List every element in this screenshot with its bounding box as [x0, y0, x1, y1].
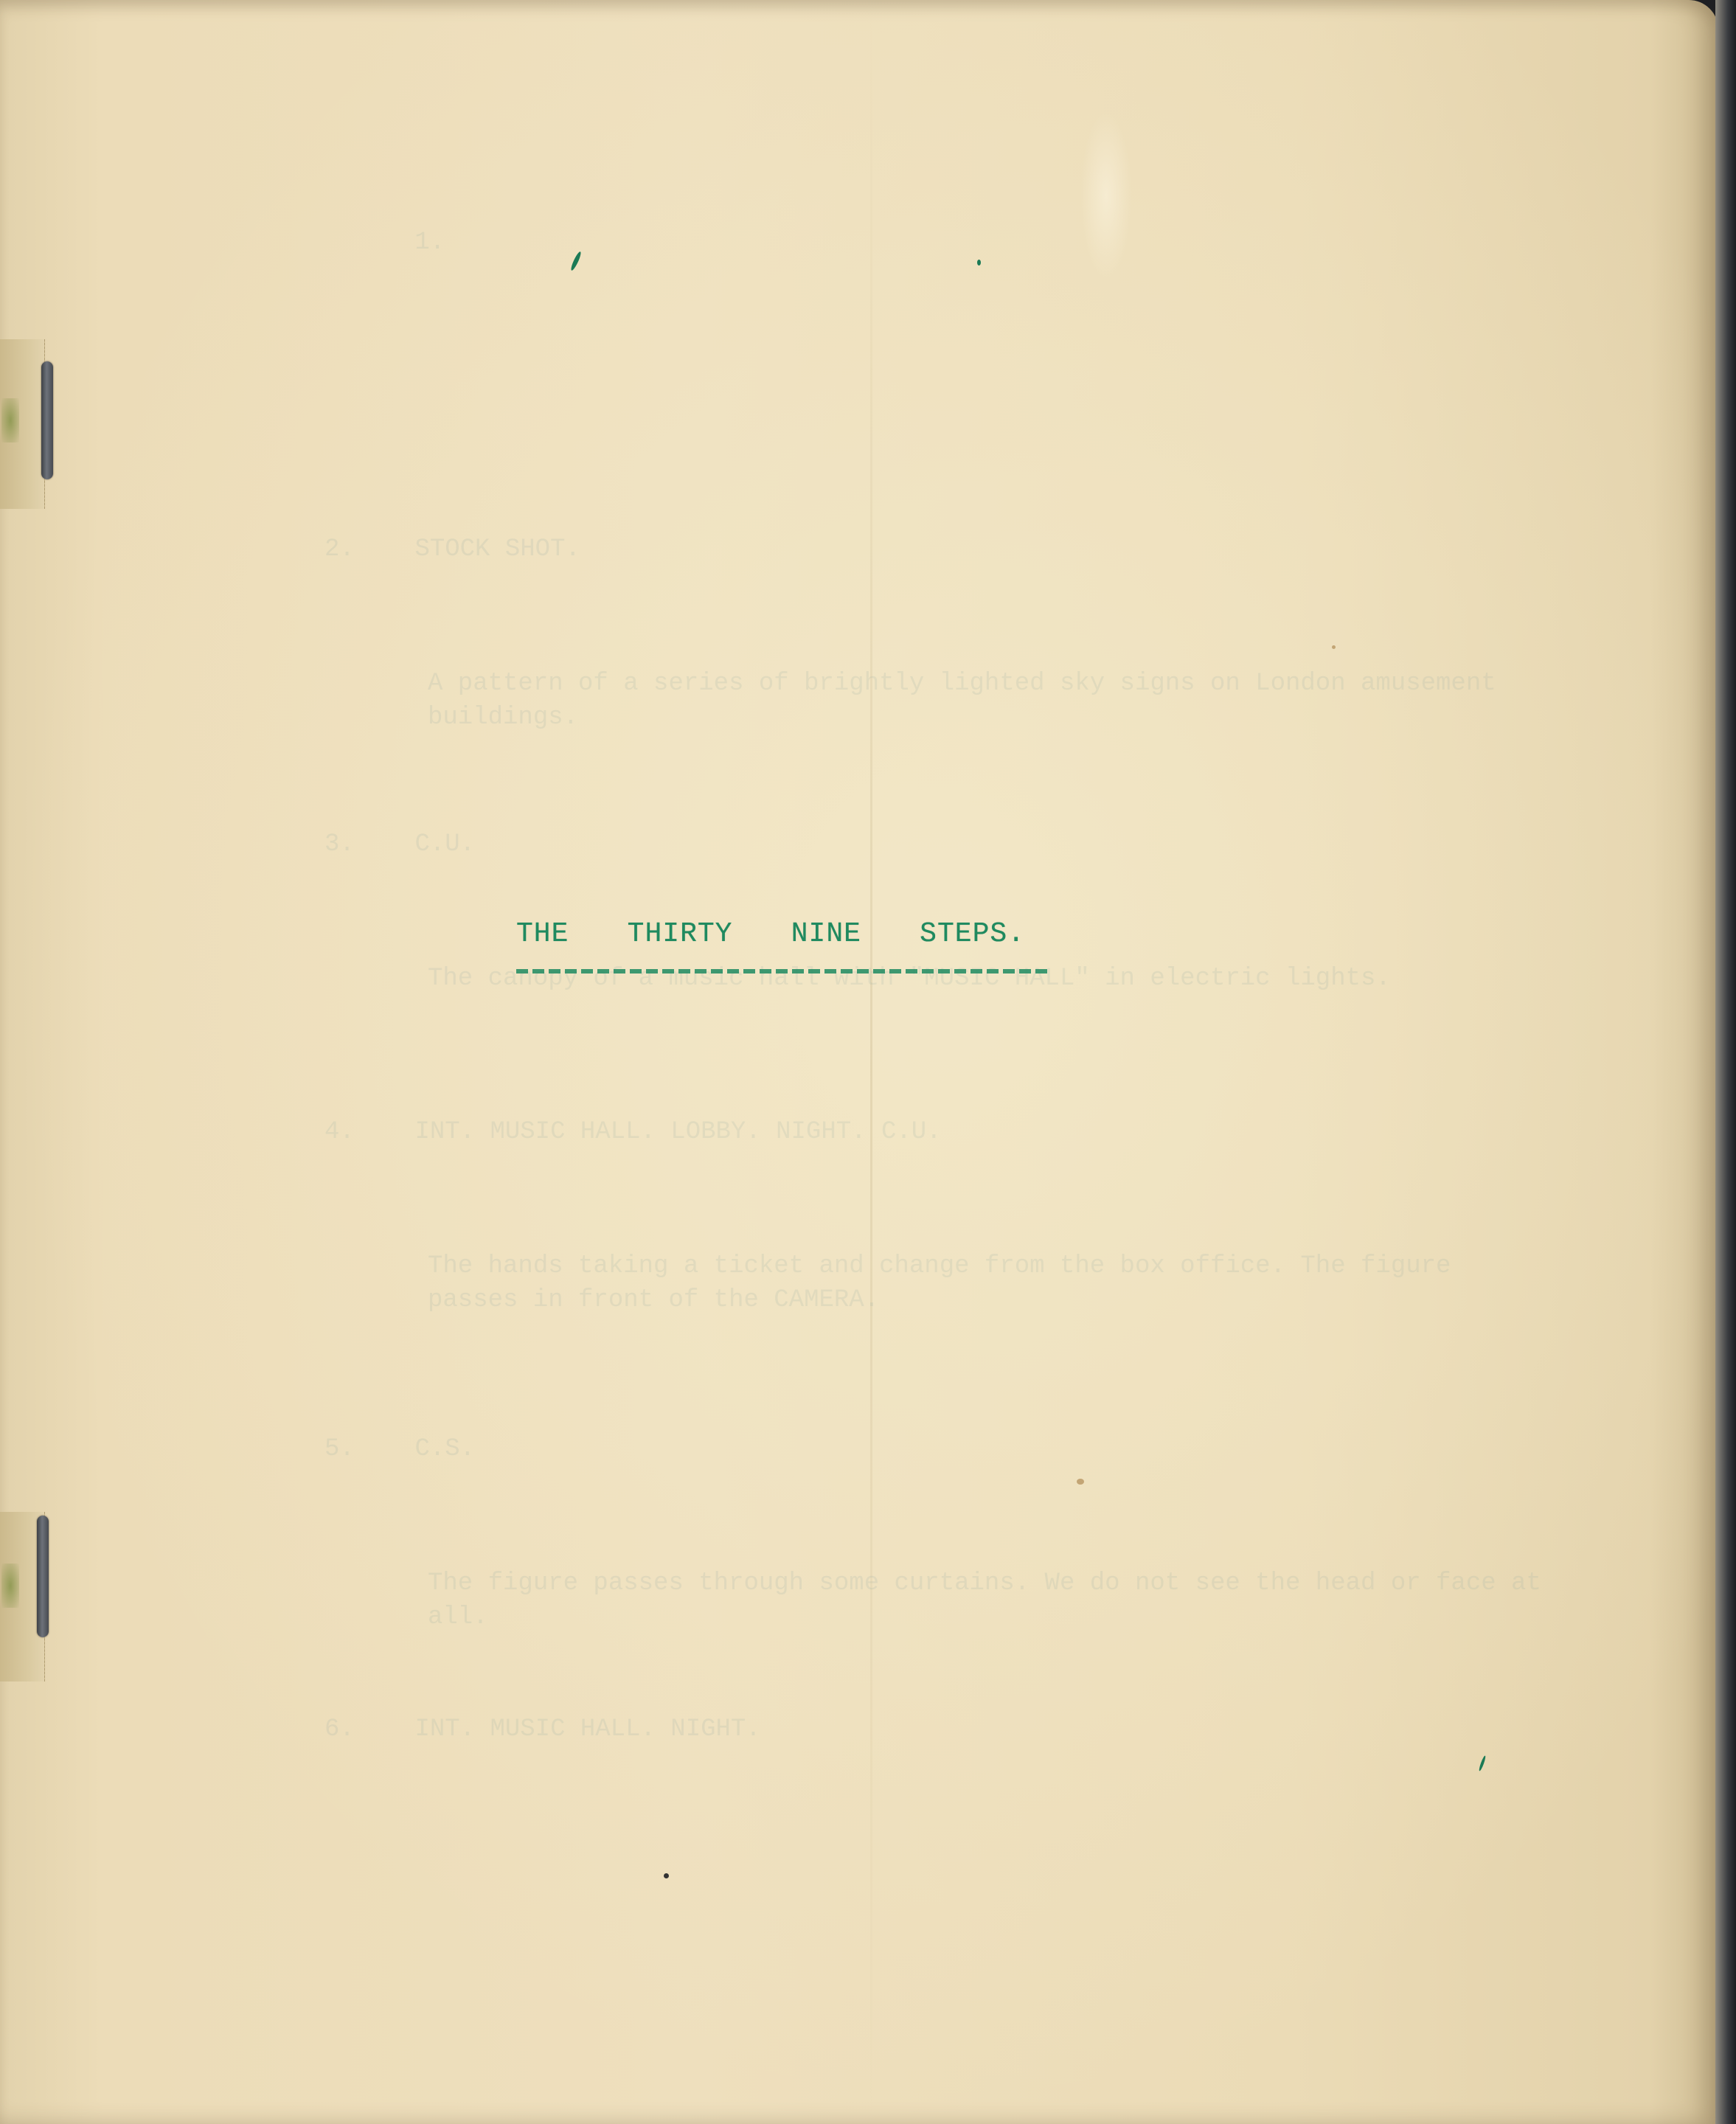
staple-icon-bottom: [37, 1516, 49, 1637]
scene-number: 3.: [324, 830, 355, 858]
scene-number: 4.: [324, 1118, 355, 1146]
scene-heading: STOCK SHOT.: [414, 535, 580, 563]
title-underline: [516, 969, 1047, 974]
title-block: THE THIRTY NINE STEPS.: [516, 918, 1047, 974]
page-edge-shadow: [1715, 0, 1736, 2124]
binding-tape-top: [0, 339, 45, 509]
stain-mark: [1, 1563, 19, 1608]
title-word: THE: [516, 918, 569, 950]
scene-body: The hands taking a ticket and change fro…: [324, 1249, 1541, 1317]
show-through-scene-3: 3. C.U. The canopy of a music hall with …: [324, 760, 1541, 1063]
show-through-scene-6: 6. INT. MUSIC HALL. NIGHT.: [324, 1645, 1541, 1814]
scene-number: 2.: [324, 535, 355, 563]
title-word: STEPS.: [920, 918, 1025, 950]
ink-speck: [664, 1873, 669, 1878]
ink-speck: [977, 260, 981, 265]
stain-mark: [1332, 645, 1336, 649]
show-through-scene-4: 4. INT. MUSIC HALL. LOBBY. NIGHT. C.U. T…: [324, 1047, 1541, 1385]
scene-heading: C.S.: [414, 1435, 475, 1463]
show-through-scene-2: 2. STOCK SHOT. A pattern of a series of …: [324, 465, 1541, 802]
title-word: THIRTY: [628, 918, 733, 950]
scene-heading: C.U.: [414, 830, 475, 858]
scene-body: A pattern of a series of brightly lighte…: [324, 667, 1541, 735]
scene-number: 1.: [414, 229, 445, 257]
show-through-text: 1. 2. STOCK SHOT. A pattern of a series …: [324, 177, 1541, 448]
scene-body: The figure passes through some curtains.…: [324, 1566, 1541, 1634]
scene-heading: INT. MUSIC HALL. LOBBY. NIGHT. C.U.: [414, 1118, 941, 1146]
document-page: 1. 2. STOCK SHOT. A pattern of a series …: [0, 0, 1718, 2124]
title-word: NINE: [791, 918, 861, 950]
scene-number: 6.: [324, 1715, 355, 1743]
show-through-scene-1: 1.: [324, 192, 1541, 294]
stain-mark: [1, 398, 19, 442]
scene-number: 5.: [324, 1435, 355, 1463]
page-title: THE THIRTY NINE STEPS.: [516, 918, 1025, 950]
stain-mark: [1077, 1479, 1084, 1485]
staple-icon-top: [41, 361, 53, 479]
scene-heading: INT. MUSIC HALL. NIGHT.: [414, 1715, 760, 1743]
